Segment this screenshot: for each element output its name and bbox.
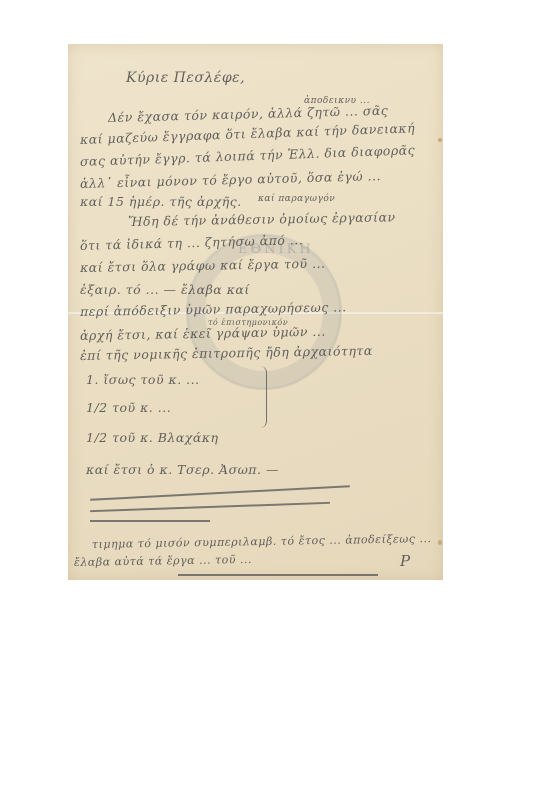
text-line: Ἤδη δέ τήν ἀνάθεσιν ὁμοίως ἐργασίαν (128, 209, 396, 229)
text-line: καί ἔτσι ὁ κ. Τσερ. Ἀσωπ. — (86, 462, 279, 477)
strike-line (90, 520, 210, 522)
salutation: Κύριε Πεσλέφε, (126, 70, 245, 86)
bracket-mark (260, 366, 267, 428)
text-line: ἐξαιρ. τό ... — ἔλαβα καί (80, 282, 250, 297)
list-item: 1/2 τοῦ κ. ... (86, 400, 171, 415)
list-item: 1/2 τοῦ κ. Βλαχάκη (86, 430, 219, 445)
signature-mark: Ρ (400, 552, 411, 570)
text-line: σας αὐτήν ἔγγρ. τά λοιπά τήν Ἑλλ. δια δι… (80, 142, 416, 169)
marginal-note: καί παραγωγόν (258, 194, 335, 204)
text-line: ἀλλ᾿ εἶναι μόνον τό ἔργο αὐτοῦ, ὅσα ἐγώ … (80, 168, 381, 191)
text-line: Δέν ἔχασα τόν καιρόν, ἀλλά ζητῶ ... σᾶς (108, 103, 389, 125)
strike-line (90, 502, 330, 512)
text-line: ἔλαβα αὐτά τά ἔργα ... τοῦ ... (74, 553, 252, 569)
strike-line (90, 485, 350, 500)
letter-paper: ΕΘΝΙΚΗ Κύριε Πεσλέφε, ἀποδεικνυ ... Δέν … (68, 44, 443, 580)
text-line: ἐπί τῆς νομικῆς ἐπιτροπῆς ἤδη ἀρχαιότητα (80, 343, 373, 363)
text-line: καί 15 ἡμέρ. τῆς ἀρχῆς. (80, 194, 242, 209)
stain (438, 138, 442, 142)
list-item: 1. ἴσως τοῦ κ. ... (86, 372, 200, 387)
text-line: τιμημα τό μισόν συμπεριλαμβ. τό ἔτος ...… (92, 532, 432, 551)
stain (438, 540, 442, 545)
underline (178, 574, 378, 576)
